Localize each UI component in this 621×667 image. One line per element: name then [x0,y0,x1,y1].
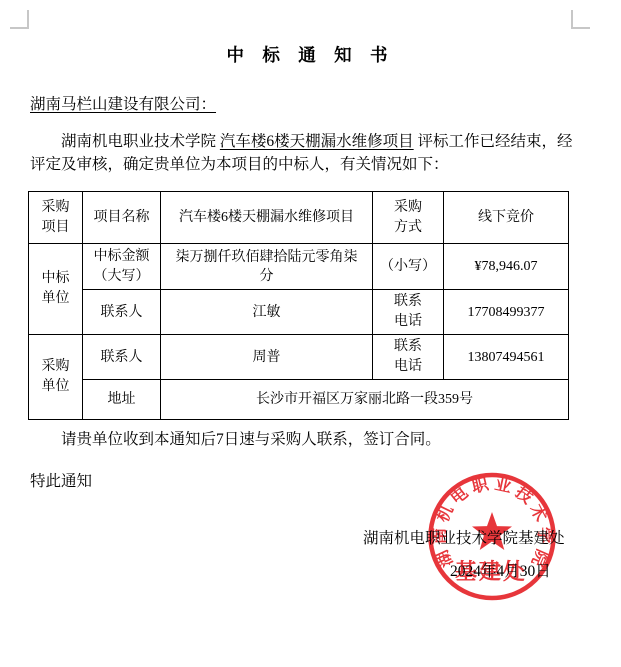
cell-label: 联系电话 [394,292,422,332]
row-group-label: 采购单位 [42,357,70,397]
crop-mark-top-left-icon [10,10,29,29]
crop-mark-top-right-icon [571,10,590,29]
cell-procurement-method-value: 线下竞价 [444,192,569,244]
cell-address-label: 地址 [83,380,161,420]
date-line: 2024年4月30日 [450,559,551,581]
row-group-label: 采购项目 [42,198,70,238]
cell-purchaser-phone-value: 13807494561 [444,335,569,380]
notice-line: 特此通知 [30,469,92,491]
table-row: 地址 长沙市开福区万家丽北路一段359号 [29,380,569,420]
document-title: 中 标 通 知 书 [0,42,621,67]
cell-bidder-contact-label: 联系人 [83,290,161,335]
cell-amount-words-value: 柒万捌仟玖佰肆拾陆元零角柒分 [161,244,373,290]
cell-bidder-phone-value: 17708499377 [444,290,569,335]
seal-ring-text: 湖南机电职业技术学院 [429,474,555,570]
table-row: 联系人 江敏 联系电话 17708499377 [29,290,569,335]
cell-purchaser-contact-label: 联系人 [83,335,161,380]
signature-line: 湖南机电职业技术学院基建处 [363,526,565,548]
cell-project-name-label: 项目名称 [83,192,161,244]
cell-amount-figures-value: ¥78,946.07 [444,244,569,290]
cell-label: 联系电话 [394,337,422,377]
closing-paragraph: 请贵单位收到本通知后7日速与采购人联系，签订合同。 [30,427,578,449]
cell-bidder-contact-value: 江敏 [161,290,373,335]
document-page: 中 标 通 知 书 湖南马栏山建设有限公司： 湖南机电职业技术学院 汽车楼6楼天… [0,0,621,667]
table-row: 采购项目 项目名称 汽车楼6楼天棚漏水维修项目 采购方式 线下竞价 [29,192,569,244]
cell-purchaser-phone-label: 联系电话 [373,335,444,380]
cell-project-name-value: 汽车楼6楼天棚漏水维修项目 [161,192,373,244]
intro-project-name: 汽车楼6楼天棚漏水维修项目 [220,133,414,150]
cell-label: 中标金额（大写） [94,247,150,287]
row-group-winning-bidder: 中标单位 [29,244,83,335]
award-table: 采购项目 项目名称 汽车楼6楼天棚漏水维修项目 采购方式 线下竞价 中标单位 中… [28,191,569,420]
table-row: 中标单位 中标金额（大写） 柒万捌仟玖佰肆拾陆元零角柒分 （小写） ¥78,94… [29,244,569,290]
cell-label: 采购方式 [394,198,422,238]
cell-amount-words-label: 中标金额（大写） [83,244,161,290]
addressee-line: 湖南马栏山建设有限公司： [30,92,216,114]
cell-purchaser-contact-value: 周普 [161,335,373,380]
cell-procurement-method-label: 采购方式 [373,192,444,244]
row-group-purchaser: 采购单位 [29,335,83,420]
row-group-procurement-project: 采购项目 [29,192,83,244]
intro-paragraph: 湖南机电职业技术学院 汽车楼6楼天棚漏水维修项目 评标工作已经结束，经评定及审核… [30,131,578,176]
cell-amount-figures-label: （小写） [373,244,444,290]
table-row: 采购单位 联系人 周普 联系电话 13807494561 [29,335,569,380]
intro-part1: 湖南机电职业技术学院 [61,133,220,150]
row-group-label: 中标单位 [42,269,70,309]
cell-bidder-phone-label: 联系电话 [373,290,444,335]
cell-address-value: 长沙市开福区万家丽北路一段359号 [161,380,569,420]
